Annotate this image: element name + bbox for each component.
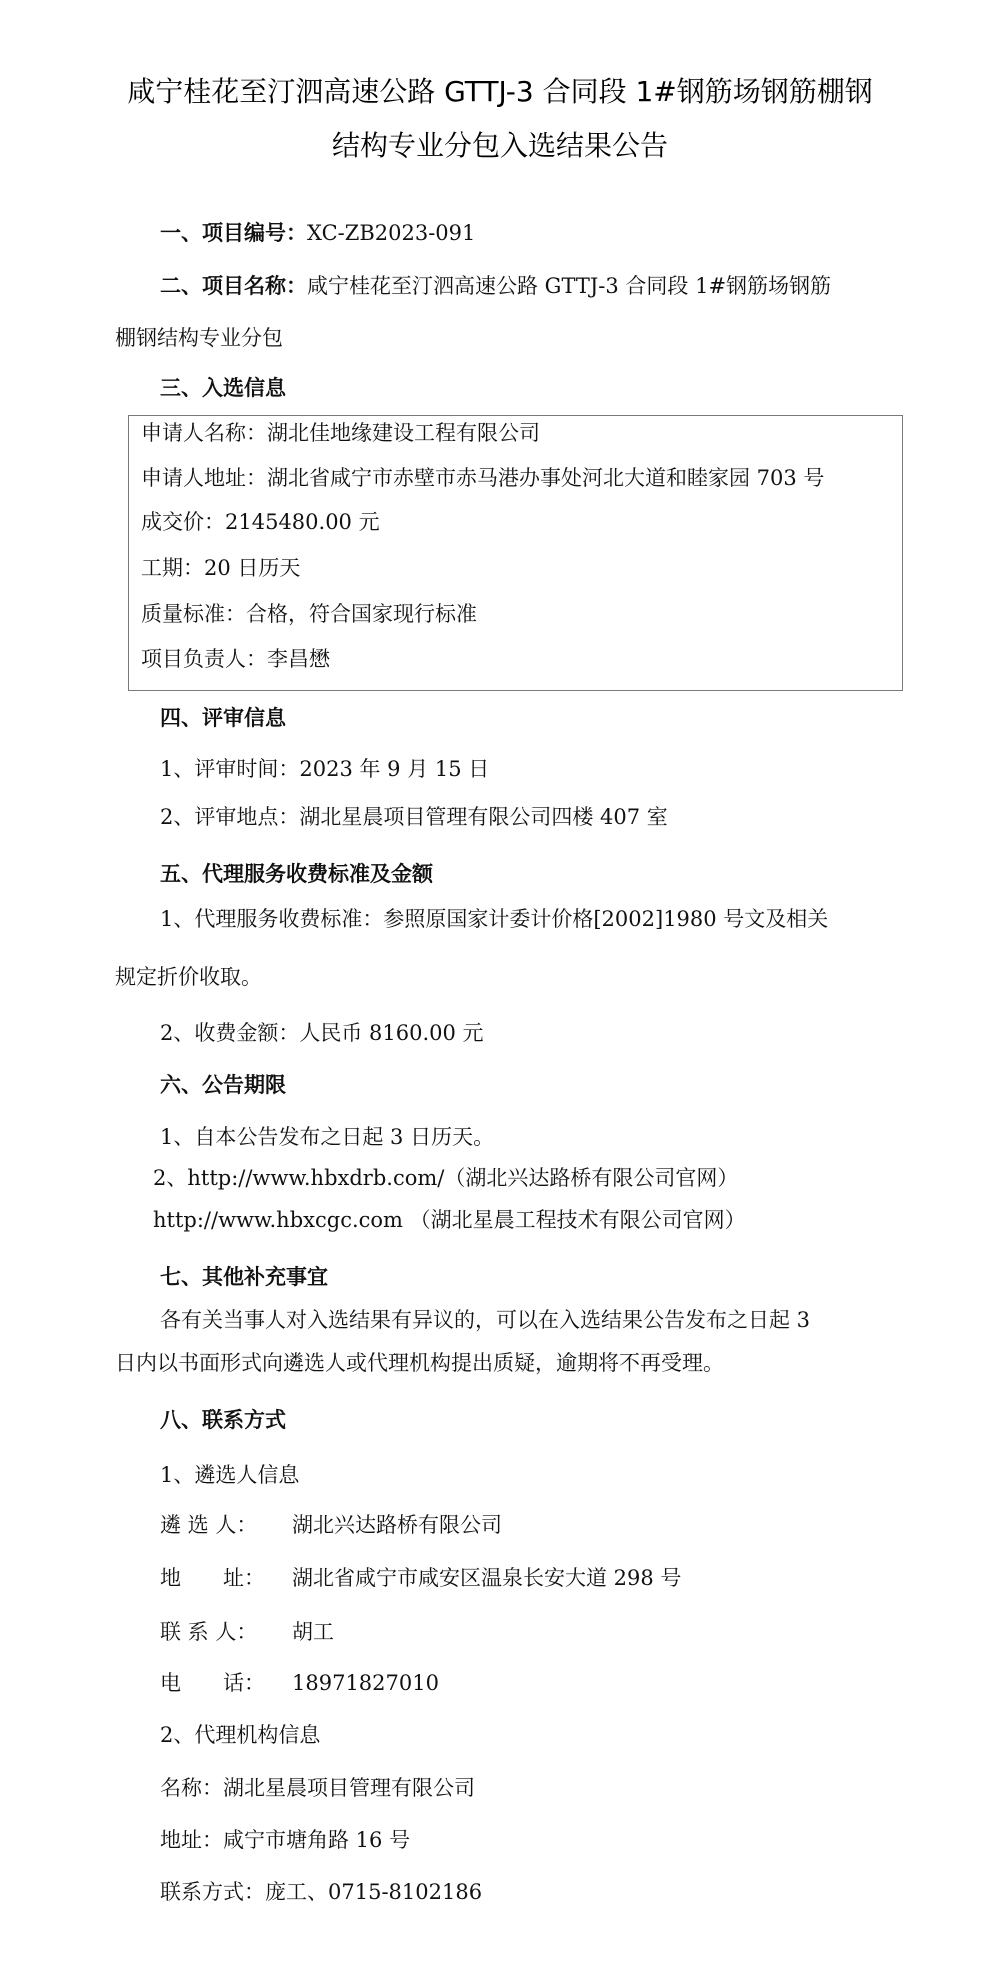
project-manager-label: 项目负责人： xyxy=(141,647,267,671)
selector-name-label: 遴 选 人： xyxy=(160,1511,292,1539)
website-link-1[interactable]: 2、http://www.hbxdrb.com/（湖北兴达路桥有限公司官网） xyxy=(153,1164,738,1192)
project-name-value: 咸宁桂花至汀泗高速公路 GTTJ-3 合同段 1#钢筋场钢筋 xyxy=(307,274,831,298)
project-manager-row: 项目负责人：李昌懋 xyxy=(141,645,330,673)
deal-price-label: 成交价： xyxy=(141,510,225,534)
section-8-heading: 八、联系方式 xyxy=(160,1406,286,1434)
agency-info-heading: 2、代理机构信息 xyxy=(160,1721,320,1749)
project-name-label: 二、项目名称： xyxy=(160,273,307,298)
selector-name-value: 湖北兴达路桥有限公司 xyxy=(292,1513,502,1537)
fee-standard-continued: 规定折价收取。 xyxy=(115,963,262,991)
selector-address-row: 地 址：湖北省咸宁市咸安区温泉长安大道 298 号 xyxy=(160,1564,681,1592)
duration-row: 工期：20 日历天 xyxy=(141,554,300,582)
selection-info-box: 申请人名称：湖北佳地缘建设工程有限公司 申请人地址：湖北省咸宁市赤壁市赤马港办事… xyxy=(128,415,903,691)
project-number: 一、项目编号：XC-ZB2023-091 xyxy=(160,219,475,247)
fee-amount: 2、收费金额：人民币 8160.00 元 xyxy=(160,1019,484,1047)
agency-name: 名称：湖北星晨项目管理有限公司 xyxy=(160,1774,475,1802)
applicant-address-value: 湖北省咸宁市赤壁市赤马港办事处河北大道和睦家园 703 号 xyxy=(267,466,824,490)
applicant-name-label: 申请人名称： xyxy=(141,421,267,445)
selector-address-value: 湖北省咸宁市咸安区温泉长安大道 298 号 xyxy=(292,1566,681,1590)
quality-standard-label: 质量标准： xyxy=(141,602,246,626)
website-link-2[interactable]: http://www.hbxcgc.com （湖北星晨工程技术有限公司官网） xyxy=(153,1206,746,1234)
section-3-heading: 三、入选信息 xyxy=(160,374,286,402)
title-line-1: 咸宁桂花至汀泗高速公路 GTTJ-3 合同段 1#钢筋场钢筋棚钢 xyxy=(0,74,1000,110)
selector-name-row: 遴 选 人：湖北兴达路桥有限公司 xyxy=(160,1511,502,1539)
selector-info-heading: 1、遴选人信息 xyxy=(160,1461,299,1489)
applicant-name-row: 申请人名称：湖北佳地缘建设工程有限公司 xyxy=(141,419,540,447)
duration-value: 20 日历天 xyxy=(204,556,300,580)
project-name: 二、项目名称：咸宁桂花至汀泗高速公路 GTTJ-3 合同段 1#钢筋场钢筋 xyxy=(160,272,831,300)
selector-contact-label: 联 系 人： xyxy=(160,1618,292,1646)
section-5-heading: 五、代理服务收费标准及金额 xyxy=(160,860,433,888)
selector-phone-label: 电 话： xyxy=(160,1669,292,1697)
review-time: 1、评审时间：2023 年 9 月 15 日 xyxy=(160,755,489,783)
duration-label: 工期： xyxy=(141,556,204,580)
objection-text-continued: 日内以书面形式向遴选人或代理机构提出质疑，逾期将不再受理。 xyxy=(115,1349,724,1377)
selector-phone-row: 电 话：18971827010 xyxy=(160,1669,439,1697)
project-name-continued: 棚钢结构专业分包 xyxy=(115,324,283,352)
applicant-address-label: 申请人地址： xyxy=(141,466,267,490)
project-number-label: 一、项目编号： xyxy=(160,220,307,245)
section-4-heading: 四、评审信息 xyxy=(160,704,286,732)
selector-contact-row: 联 系 人：胡工 xyxy=(160,1618,334,1646)
agency-address: 地址：咸宁市塘角路 16 号 xyxy=(160,1826,410,1854)
applicant-name-value: 湖北佳地缘建设工程有限公司 xyxy=(267,421,540,445)
title-line-2: 结构专业分包入选结果公告 xyxy=(0,128,1000,164)
deal-price-row: 成交价：2145480.00 元 xyxy=(141,508,380,536)
project-manager-value: 李昌懋 xyxy=(267,647,330,671)
objection-text: 各有关当事人对入选结果有异议的，可以在入选结果公告发布之日起 3 xyxy=(160,1306,810,1334)
project-number-value: XC-ZB2023-091 xyxy=(307,221,475,245)
section-7-heading: 七、其他补充事宜 xyxy=(160,1263,328,1291)
quality-standard-row: 质量标准：合格，符合国家现行标准 xyxy=(141,600,477,628)
notice-period: 1、自本公告发布之日起 3 日历天。 xyxy=(160,1123,494,1151)
selector-contact-value: 胡工 xyxy=(292,1620,334,1644)
deal-price-value: 2145480.00 元 xyxy=(225,510,380,534)
section-6-heading: 六、公告期限 xyxy=(160,1071,286,1099)
fee-standard: 1、代理服务收费标准：参照原国家计委计价格[2002]1980 号文及相关 xyxy=(160,905,828,933)
applicant-address-row: 申请人地址：湖北省咸宁市赤壁市赤马港办事处河北大道和睦家园 703 号 xyxy=(141,464,824,492)
selector-address-label: 地 址： xyxy=(160,1564,292,1592)
selector-phone-value: 18971827010 xyxy=(292,1671,439,1695)
agency-contact: 联系方式：庞工、0715-8102186 xyxy=(160,1878,482,1906)
review-location: 2、评审地点：湖北星晨项目管理有限公司四楼 407 室 xyxy=(160,803,668,831)
quality-standard-value: 合格，符合国家现行标准 xyxy=(246,602,477,626)
